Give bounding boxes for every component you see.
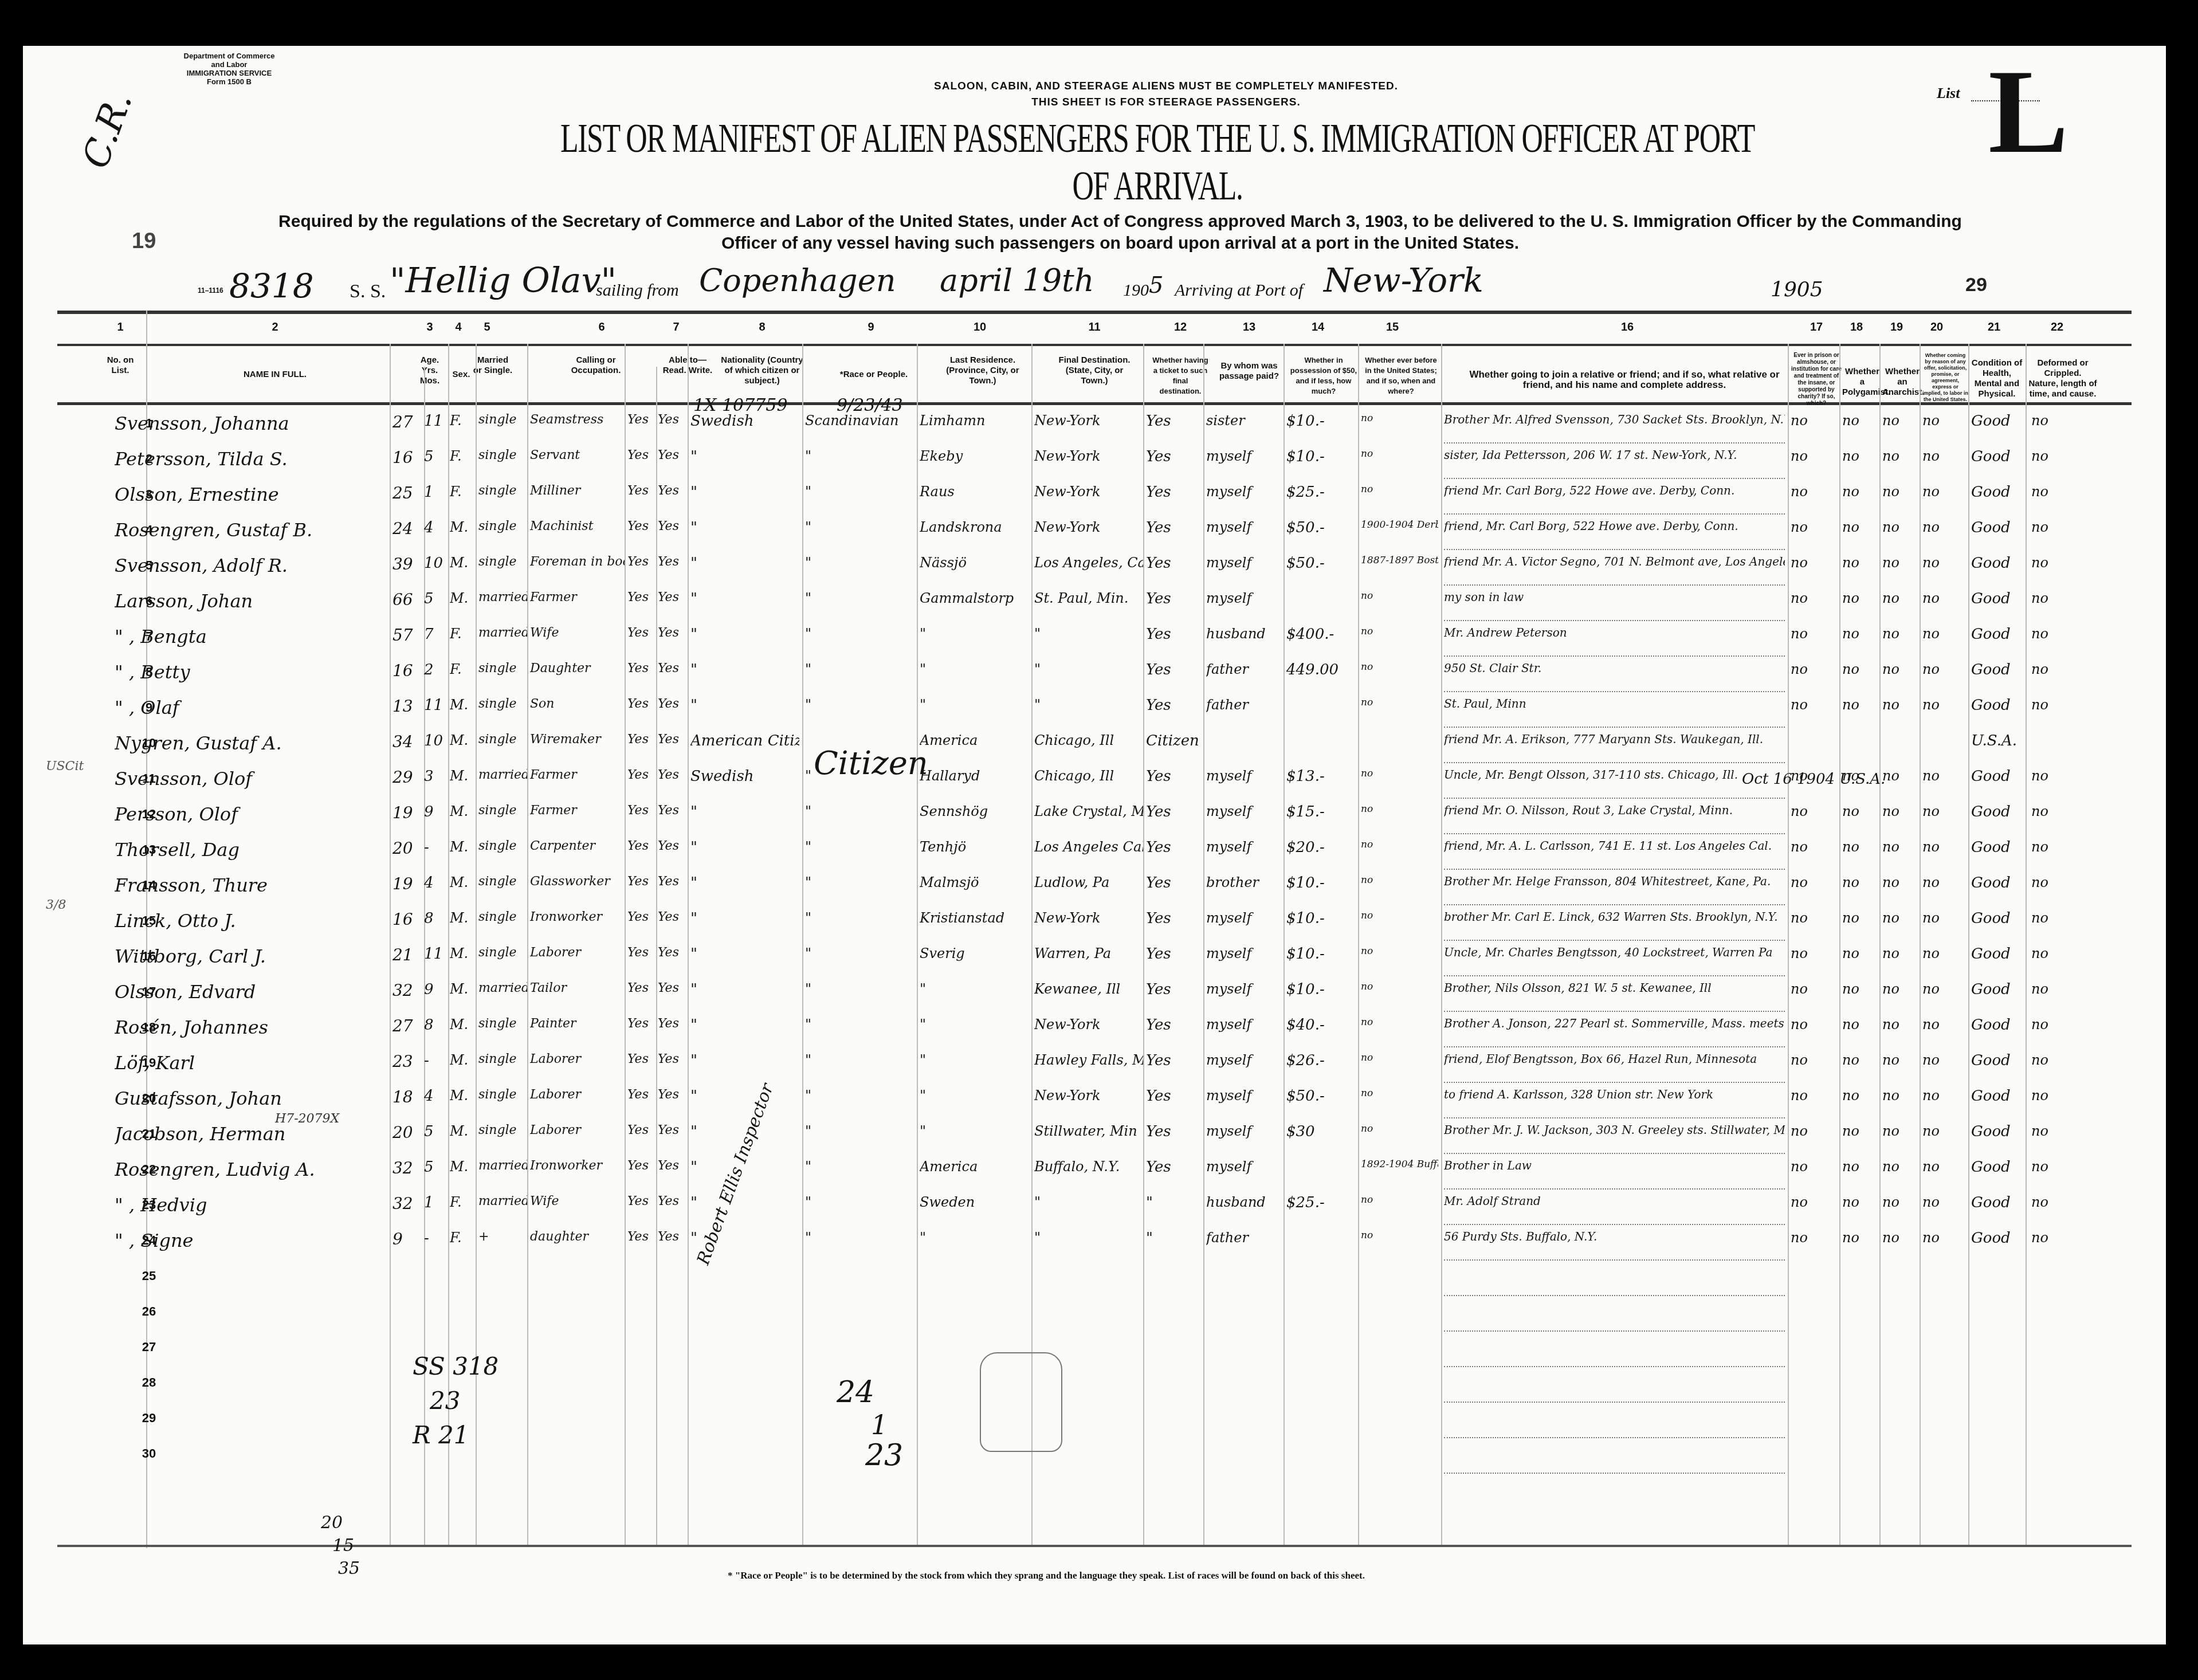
cell-c19: no: [1882, 981, 1917, 997]
cell-c22: no: [2031, 484, 2077, 500]
annotation-citizen: Citizen: [814, 745, 928, 782]
cell-c17: no: [1791, 590, 1836, 606]
cell-c19: no: [1882, 1088, 1917, 1104]
cell-ticket: Yes: [1146, 484, 1200, 501]
cell-ticket: Yes: [1146, 697, 1200, 714]
cell-occupation: Laborer: [530, 1052, 625, 1066]
cell-c19: no: [1882, 448, 1917, 464]
cell-c19: no: [1882, 1052, 1917, 1068]
cell-c19: no: [1882, 874, 1917, 890]
cell-age: 20: [392, 839, 421, 858]
cell-sex: M.: [450, 1159, 476, 1175]
cell-mos: -: [424, 1230, 447, 1247]
cell-last-residence: America: [920, 732, 1029, 748]
cell-money: $50.-: [1286, 555, 1355, 572]
cell-read: Yes: [627, 484, 656, 498]
cell-destination: ": [1034, 1194, 1143, 1210]
cell-health: U.S.A.: [1971, 732, 2023, 749]
cell-destination: New-York: [1034, 1016, 1143, 1033]
cell-write: Yes: [658, 1159, 686, 1173]
cell-status: single: [478, 874, 527, 889]
cell-name: Fransson, Thure: [115, 874, 367, 896]
cell-c22: no: [2031, 661, 2077, 677]
annotation-row10-right: Oct 16 1904 U.S.A.: [1742, 771, 1885, 788]
cell-health: Good: [1971, 1123, 2023, 1140]
cell-read: Yes: [627, 945, 656, 960]
cell-destination: ": [1034, 626, 1143, 642]
cell-c18: no: [1842, 1194, 1877, 1210]
cell-c19: no: [1882, 768, 1917, 784]
col-num-22: 22: [2046, 321, 2069, 334]
cell-occupation: Farmer: [530, 590, 625, 605]
cell-occupation: Daughter: [530, 661, 625, 676]
cell-c18: no: [1842, 874, 1877, 890]
cell-destination: ": [1034, 697, 1143, 713]
cell-write: Yes: [658, 839, 686, 853]
notice-line-2: THIS SHEET IS FOR STEERAGE PASSENGERS.: [808, 96, 1524, 109]
col-num-9: 9: [859, 321, 882, 334]
cell-nationality: ": [690, 803, 799, 821]
tally-ss: SS 318: [413, 1352, 499, 1380]
cell-c19: no: [1882, 803, 1917, 819]
cell-paid-by: husband: [1206, 626, 1281, 642]
cell-age: 23: [392, 1052, 421, 1071]
col-header-money: Whether in possession of $50, and if les…: [1289, 355, 1358, 397]
cell-c19: no: [1882, 484, 1917, 500]
cell-health: Good: [1971, 448, 2023, 465]
cell-nationality: ": [690, 874, 799, 892]
cell-write: Yes: [658, 519, 686, 533]
cell-health: Good: [1971, 945, 2023, 963]
cell-join: friend, Elof Bengtsson, Box 66, Hazel Ru…: [1444, 1052, 1785, 1066]
cell-before-us: no: [1361, 945, 1438, 957]
cell-destination: St. Paul, Min.: [1034, 590, 1143, 606]
cell-status: married: [478, 1194, 527, 1208]
cell-c17: no: [1791, 910, 1836, 926]
cell-money: $25.-: [1286, 484, 1355, 501]
cell-join: Uncle, Mr. Bengt Olsson, 317-110 sts. Ch…: [1444, 768, 1785, 782]
cell-race: ": [805, 697, 914, 713]
cell-destination: Los Angeles Cal: [1034, 839, 1143, 855]
col-header-name: NAME IN FULL.: [166, 370, 384, 380]
cell-write: Yes: [658, 874, 686, 889]
cell-last-residence: ": [920, 1088, 1029, 1104]
cell-ticket: Yes: [1146, 803, 1200, 821]
passenger-row: 17Olsson, Edvard329M.marriedTailorYesYes…: [57, 976, 2132, 1012]
cell-c22: no: [2031, 413, 2077, 429]
col-num-18: 18: [1845, 321, 1868, 334]
cell-destination: Kewanee, Ill: [1034, 981, 1143, 997]
cell-c22: no: [2031, 1159, 2077, 1175]
cell-ticket: Yes: [1146, 981, 1200, 998]
cell-mos: 4: [424, 519, 447, 536]
cell-last-residence: ": [920, 1016, 1029, 1033]
ss-label: S. S.: [350, 281, 386, 303]
cell-destination: Hawley Falls, Min: [1034, 1052, 1143, 1068]
empty-row: 25: [57, 1261, 2132, 1296]
cell-read: Yes: [627, 732, 656, 747]
cell-before-us: no: [1361, 697, 1438, 708]
cell-sex: M.: [450, 803, 476, 819]
empty-row: 27: [57, 1332, 2132, 1367]
passenger-row: 3Olsson, Ernestine251F.singleMillinerYes…: [57, 479, 2132, 515]
cell-c17: no: [1791, 661, 1836, 677]
cell-c19: no: [1882, 555, 1917, 571]
cell-c18: no: [1842, 1088, 1877, 1104]
cell-ticket: Yes: [1146, 1159, 1200, 1176]
cell-c19: no: [1882, 1159, 1917, 1175]
cell-age: 19: [392, 874, 421, 893]
cell-last-residence: ": [920, 661, 1029, 677]
passenger-row: 22Rosengren, Ludvig A.325M.marriedIronwo…: [57, 1154, 2132, 1190]
cell-health: Good: [1971, 1016, 2023, 1034]
cell-status: single: [478, 1052, 527, 1066]
regulation-line-2: Officer of any vessel having such passen…: [195, 234, 2046, 253]
cell-name: " , Olaf: [115, 697, 367, 719]
cell-age: 66: [392, 590, 421, 609]
cell-sex: M.: [450, 768, 476, 784]
cell-read: Yes: [627, 1194, 656, 1208]
col-num-20: 20: [1925, 321, 1948, 334]
cell-c22: no: [2031, 1052, 2077, 1068]
passenger-row: 13Thorsell, Dag20-M.singleCarpenterYesYe…: [57, 834, 2132, 870]
col-header-labor-contract: Whether coming by reason of any offer, s…: [1922, 352, 1968, 403]
cell-last-residence: America: [920, 1159, 1029, 1175]
sailing-label: sailing from: [596, 281, 679, 300]
cell-mos: 7: [424, 626, 447, 643]
cell-write: Yes: [658, 413, 686, 427]
cell-destination: Buffalo, N.Y.: [1034, 1159, 1143, 1175]
cell-occupation: Ironworker: [530, 910, 625, 924]
cell-before-us: no: [1361, 1194, 1438, 1206]
col-header-paid-by: By whom was passage paid?: [1215, 361, 1284, 382]
cell-age: 32: [392, 1194, 421, 1213]
cell-write: Yes: [658, 768, 686, 782]
cell-ticket: Yes: [1146, 768, 1200, 785]
manifest-sheet: C.R. Department of Commerce and Labor IM…: [23, 46, 2166, 1644]
cell-ticket: Yes: [1146, 626, 1200, 643]
cell-sex: F.: [450, 1230, 476, 1246]
cell-money: $10.-: [1286, 981, 1355, 998]
cell-c18: no: [1842, 413, 1877, 429]
cell-age: 16: [392, 448, 421, 467]
cell-age: 20: [392, 1123, 421, 1142]
row-divider: [1444, 1473, 1785, 1474]
cell-age: 27: [392, 413, 421, 431]
cell-paid-by: myself: [1206, 839, 1281, 855]
cell-status: single: [478, 910, 527, 924]
cell-mos: -: [424, 839, 447, 856]
departure-port: Copenhagen: [699, 262, 896, 299]
cell-c18: no: [1842, 1052, 1877, 1068]
cell-destination: Stillwater, Min: [1034, 1123, 1143, 1139]
cell-join: Brother Mr. Alfred Svensson, 730 Sacket …: [1444, 413, 1785, 426]
cell-nationality: ": [690, 1194, 799, 1211]
passenger-row: 4Rosengren, Gustaf B.244M.singleMachinis…: [57, 515, 2132, 550]
cell-destination: Los Angeles, Cal: [1034, 555, 1143, 571]
cell-read: Yes: [627, 1123, 656, 1137]
cell-health: Good: [1971, 1159, 2023, 1176]
cell-nationality: ": [690, 484, 799, 501]
cell-ticket: Yes: [1146, 590, 1200, 607]
cell-sex: M.: [450, 1088, 476, 1104]
col-num-13: 13: [1238, 321, 1261, 334]
cell-c18: no: [1842, 484, 1877, 500]
voyage-number: 8318: [229, 266, 314, 305]
cell-ticket: ": [1146, 1194, 1200, 1211]
passenger-row: 2Petersson, Tilda S.165F.singleServantYe…: [57, 443, 2132, 479]
cell-occupation: Seamstress: [530, 413, 625, 427]
cell-c22: no: [2031, 1088, 2077, 1104]
cell-age: 32: [392, 981, 421, 1000]
cell-mos: 11: [424, 413, 447, 430]
form-number: Form 1500 B: [178, 77, 281, 86]
cell-ticket: Yes: [1146, 555, 1200, 572]
cell-c19: no: [1882, 413, 1917, 429]
cell-health: Good: [1971, 661, 2023, 678]
col-num-21: 21: [1983, 321, 2005, 334]
rule-colnums: [57, 344, 2132, 346]
cell-health: Good: [1971, 874, 2023, 892]
cell-name: Rosén, Johannes: [115, 1016, 367, 1038]
cell-status: single: [478, 519, 527, 533]
cell-c18: no: [1842, 697, 1877, 713]
cell-write: Yes: [658, 448, 686, 462]
cell-name: Gustafsson, Johan: [115, 1088, 367, 1109]
cell-read: Yes: [627, 590, 656, 605]
cell-race: ": [805, 555, 914, 571]
margin-note-row14: 3/8: [46, 898, 66, 912]
cell-destination: New-York: [1034, 413, 1143, 429]
passenger-row: 23" , Hedvig321F.marriedWifeYesYes""Swed…: [57, 1190, 2132, 1225]
empty-row: 30: [57, 1438, 2132, 1474]
cell-last-residence: Nässjö: [920, 555, 1029, 571]
cell-nationality: American Citizen: [690, 732, 799, 749]
cell-ticket: Yes: [1146, 519, 1200, 536]
cell-write: Yes: [658, 626, 686, 640]
page-number-right: 29: [1965, 274, 1987, 296]
department-name: Department of Commerce and Labor: [178, 52, 281, 69]
notice-line-1: SALOON, CABIN, AND STEERAGE ALIENS MUST …: [808, 80, 1524, 93]
col-num-17: 17: [1805, 321, 1828, 334]
cell-name: Nygren, Gustaf A.: [115, 732, 367, 754]
cell-age: 32: [392, 1159, 421, 1177]
col-num-6: 6: [590, 321, 613, 334]
cell-nationality: ": [690, 1016, 799, 1034]
cell-c20: no: [1922, 697, 1965, 713]
cell-mos: 11: [424, 945, 447, 963]
col-num-10: 10: [968, 321, 991, 334]
cell-destination: Lake Crystal, Min: [1034, 803, 1143, 819]
cell-occupation: Son: [530, 697, 625, 711]
cell-name: " , Bengta: [115, 626, 367, 647]
cell-c20: no: [1922, 981, 1965, 997]
cell-c17: no: [1791, 1230, 1836, 1246]
cell-occupation: Milliner: [530, 484, 625, 498]
passenger-row: 21Jacobson, Herman205M.singleLaborerYesY…: [57, 1118, 2132, 1154]
cell-join: friend, Mr. Carl Borg, 522 Howe ave. Der…: [1444, 519, 1785, 533]
cell-last-residence: Limhamn: [920, 413, 1029, 429]
cell-age: 24: [392, 519, 421, 538]
cell-nationality: ": [690, 519, 799, 536]
cell-status: single: [478, 484, 527, 498]
cell-status: married: [478, 768, 527, 782]
cell-money: $10.-: [1286, 413, 1355, 430]
cell-name: Rosengren, Gustaf B.: [115, 519, 367, 541]
cell-write: Yes: [658, 555, 686, 569]
cell-write: Yes: [658, 1123, 686, 1137]
cell-sex: F.: [450, 626, 476, 642]
cell-age: 34: [392, 732, 421, 751]
cell-before-us: no: [1361, 874, 1438, 886]
cell-read: Yes: [627, 839, 656, 853]
department-block: Department of Commerce and Labor IMMIGRA…: [178, 52, 281, 86]
arrival-year: 1905: [1771, 278, 1823, 301]
cell-paid-by: myself: [1206, 555, 1281, 571]
col-header-prison: Ever in prison or almshouse, or institut…: [1791, 352, 1842, 407]
cell-join: friend Mr. A. Erikson, 777 Maryann Sts. …: [1444, 732, 1785, 746]
cell-c22: no: [2031, 626, 2077, 642]
col-header-nationality: Nationality (Country of which citizen or…: [719, 355, 805, 386]
cell-ticket: Yes: [1146, 1052, 1200, 1069]
cell-sex: M.: [450, 697, 476, 713]
cell-occupation: Servant: [530, 448, 625, 462]
cell-nationality: ": [690, 910, 799, 927]
empty-row: 28: [57, 1367, 2132, 1403]
cell-paid-by: father: [1206, 1230, 1281, 1246]
cell-race: ": [805, 1230, 914, 1246]
cell-join: friend Mr. Carl Borg, 522 Howe ave. Derb…: [1444, 484, 1785, 497]
page-title: LIST OR MANIFEST OF ALIEN PASSENGERS FOR…: [547, 115, 1768, 210]
cell-sex: M.: [450, 1123, 476, 1139]
cell-paid-by: brother: [1206, 874, 1281, 890]
fraction-bottom: 23: [865, 1438, 903, 1473]
cell-health: Good: [1971, 626, 2023, 643]
cell-status: married: [478, 590, 527, 605]
cell-last-residence: Landskrona: [920, 519, 1029, 535]
cell-mos: 4: [424, 1088, 447, 1105]
cell-c18: no: [1842, 448, 1877, 464]
cell-name: Wittborg, Carl J.: [115, 945, 367, 967]
cell-occupation: Wife: [530, 626, 625, 640]
cell-join: 950 St. Clair Str.: [1444, 661, 1785, 675]
cell-c20: no: [1922, 590, 1965, 606]
cell-destination: ": [1034, 1230, 1143, 1246]
col-num-5: 5: [476, 321, 499, 334]
cell-status: single: [478, 697, 527, 711]
cell-nationality: ": [690, 626, 799, 643]
cell-mos: 2: [424, 661, 447, 678]
cell-c22: no: [2031, 945, 2077, 961]
cell-name: Svensson, Olof: [115, 768, 367, 790]
col-num-4: 4: [447, 321, 470, 334]
passenger-row: 10Nygren, Gustaf A.3410M.singleWiremaker…: [57, 728, 2132, 763]
cell-paid-by: myself: [1206, 1123, 1281, 1139]
cell-occupation: Tailor: [530, 981, 625, 995]
annotation-date: 9/23/43: [837, 395, 903, 415]
regulation-line-1: Required by the regulations of the Secre…: [195, 212, 2046, 231]
cell-c19: no: [1882, 1230, 1917, 1246]
cell-read: Yes: [627, 768, 656, 782]
cell-money: $20.-: [1286, 839, 1355, 856]
cell-c17: no: [1791, 484, 1836, 500]
cell-c18: no: [1842, 803, 1877, 819]
cell-ticket: Yes: [1146, 874, 1200, 892]
empty-row: 26: [57, 1296, 2132, 1332]
cell-sex: M.: [450, 732, 476, 748]
cell-read: Yes: [627, 448, 656, 462]
cell-occupation: Ironworker: [530, 1159, 625, 1173]
cell-name: Linck, Otto J.: [115, 910, 367, 932]
cell-mos: 8: [424, 1016, 447, 1034]
cell-destination: Chicago, Ill: [1034, 768, 1143, 784]
cell-nationality: Swedish: [690, 768, 799, 785]
cell-mos: 5: [424, 1123, 447, 1140]
cell-join: Brother Mr. J. W. Jackson, 303 N. Greele…: [1444, 1123, 1785, 1137]
passenger-row: 19Löf, Karl23-M.singleLaborerYesYes"""Ha…: [57, 1047, 2132, 1083]
col-header-age: Age. Yrs. Mos.: [413, 355, 447, 386]
cell-nationality: ": [690, 661, 799, 678]
cell-c20: no: [1922, 1159, 1965, 1175]
passenger-row: 5Svensson, Adolf R.3910M.singleForeman i…: [57, 550, 2132, 586]
cell-status: single: [478, 839, 527, 853]
cell-c20: no: [1922, 1230, 1965, 1246]
cell-last-residence: Raus: [920, 484, 1029, 500]
cell-before-us: 1900-1904 Derby, Conn: [1361, 519, 1438, 531]
cell-money: $15.-: [1286, 803, 1355, 821]
cell-c18: no: [1842, 1123, 1877, 1139]
cell-last-residence: Tenhjö: [920, 839, 1029, 855]
cell-age: 18: [392, 1088, 421, 1106]
cell-nationality: ": [690, 1088, 799, 1105]
cell-mos: 9: [424, 803, 447, 821]
cell-c17: no: [1791, 448, 1836, 464]
cell-race: ": [805, 1159, 914, 1175]
col-header-no: No. on List.: [103, 355, 138, 376]
cell-ticket: Yes: [1146, 1123, 1200, 1140]
cell-occupation: Machinist: [530, 519, 625, 533]
cell-c22: no: [2031, 697, 2077, 713]
cell-mos: 3: [424, 768, 447, 785]
cell-c18: no: [1842, 661, 1877, 677]
cell-c22: no: [2031, 910, 2077, 926]
cell-nationality: ": [690, 1052, 799, 1069]
cell-status: single: [478, 1088, 527, 1102]
cell-money: $25.-: [1286, 1194, 1355, 1211]
cell-join: sister, Ida Pettersson, 206 W. 17 st. Ne…: [1444, 448, 1785, 462]
cell-status: single: [478, 803, 527, 818]
passenger-row: 6Larsson, Johan665M.marriedFarmerYesYes"…: [57, 586, 2132, 621]
cell-join: Mr. Andrew Peterson: [1444, 626, 1785, 639]
cell-race: ": [805, 1088, 914, 1104]
col-num-2: 2: [264, 321, 286, 334]
cell-sex: M.: [450, 519, 476, 535]
cell-write: Yes: [658, 803, 686, 818]
cell-health: Good: [1971, 839, 2023, 856]
cell-c20: no: [1922, 1052, 1965, 1068]
cell-sex: M.: [450, 590, 476, 606]
cell-c22: no: [2031, 519, 2077, 535]
cell-sex: M.: [450, 839, 476, 855]
cell-name: Petersson, Tilda S.: [115, 448, 367, 470]
cell-c17: no: [1791, 839, 1836, 855]
cell-write: Yes: [658, 661, 686, 676]
cell-occupation: Painter: [530, 1016, 625, 1031]
cell-paid-by: myself: [1206, 1088, 1281, 1104]
cell-age: 29: [392, 768, 421, 787]
cell-join: friend Mr. O. Nilsson, Rout 3, Lake Crys…: [1444, 803, 1785, 817]
passenger-row: 12Persson, Olof199M.singleFarmerYesYes""…: [57, 799, 2132, 834]
